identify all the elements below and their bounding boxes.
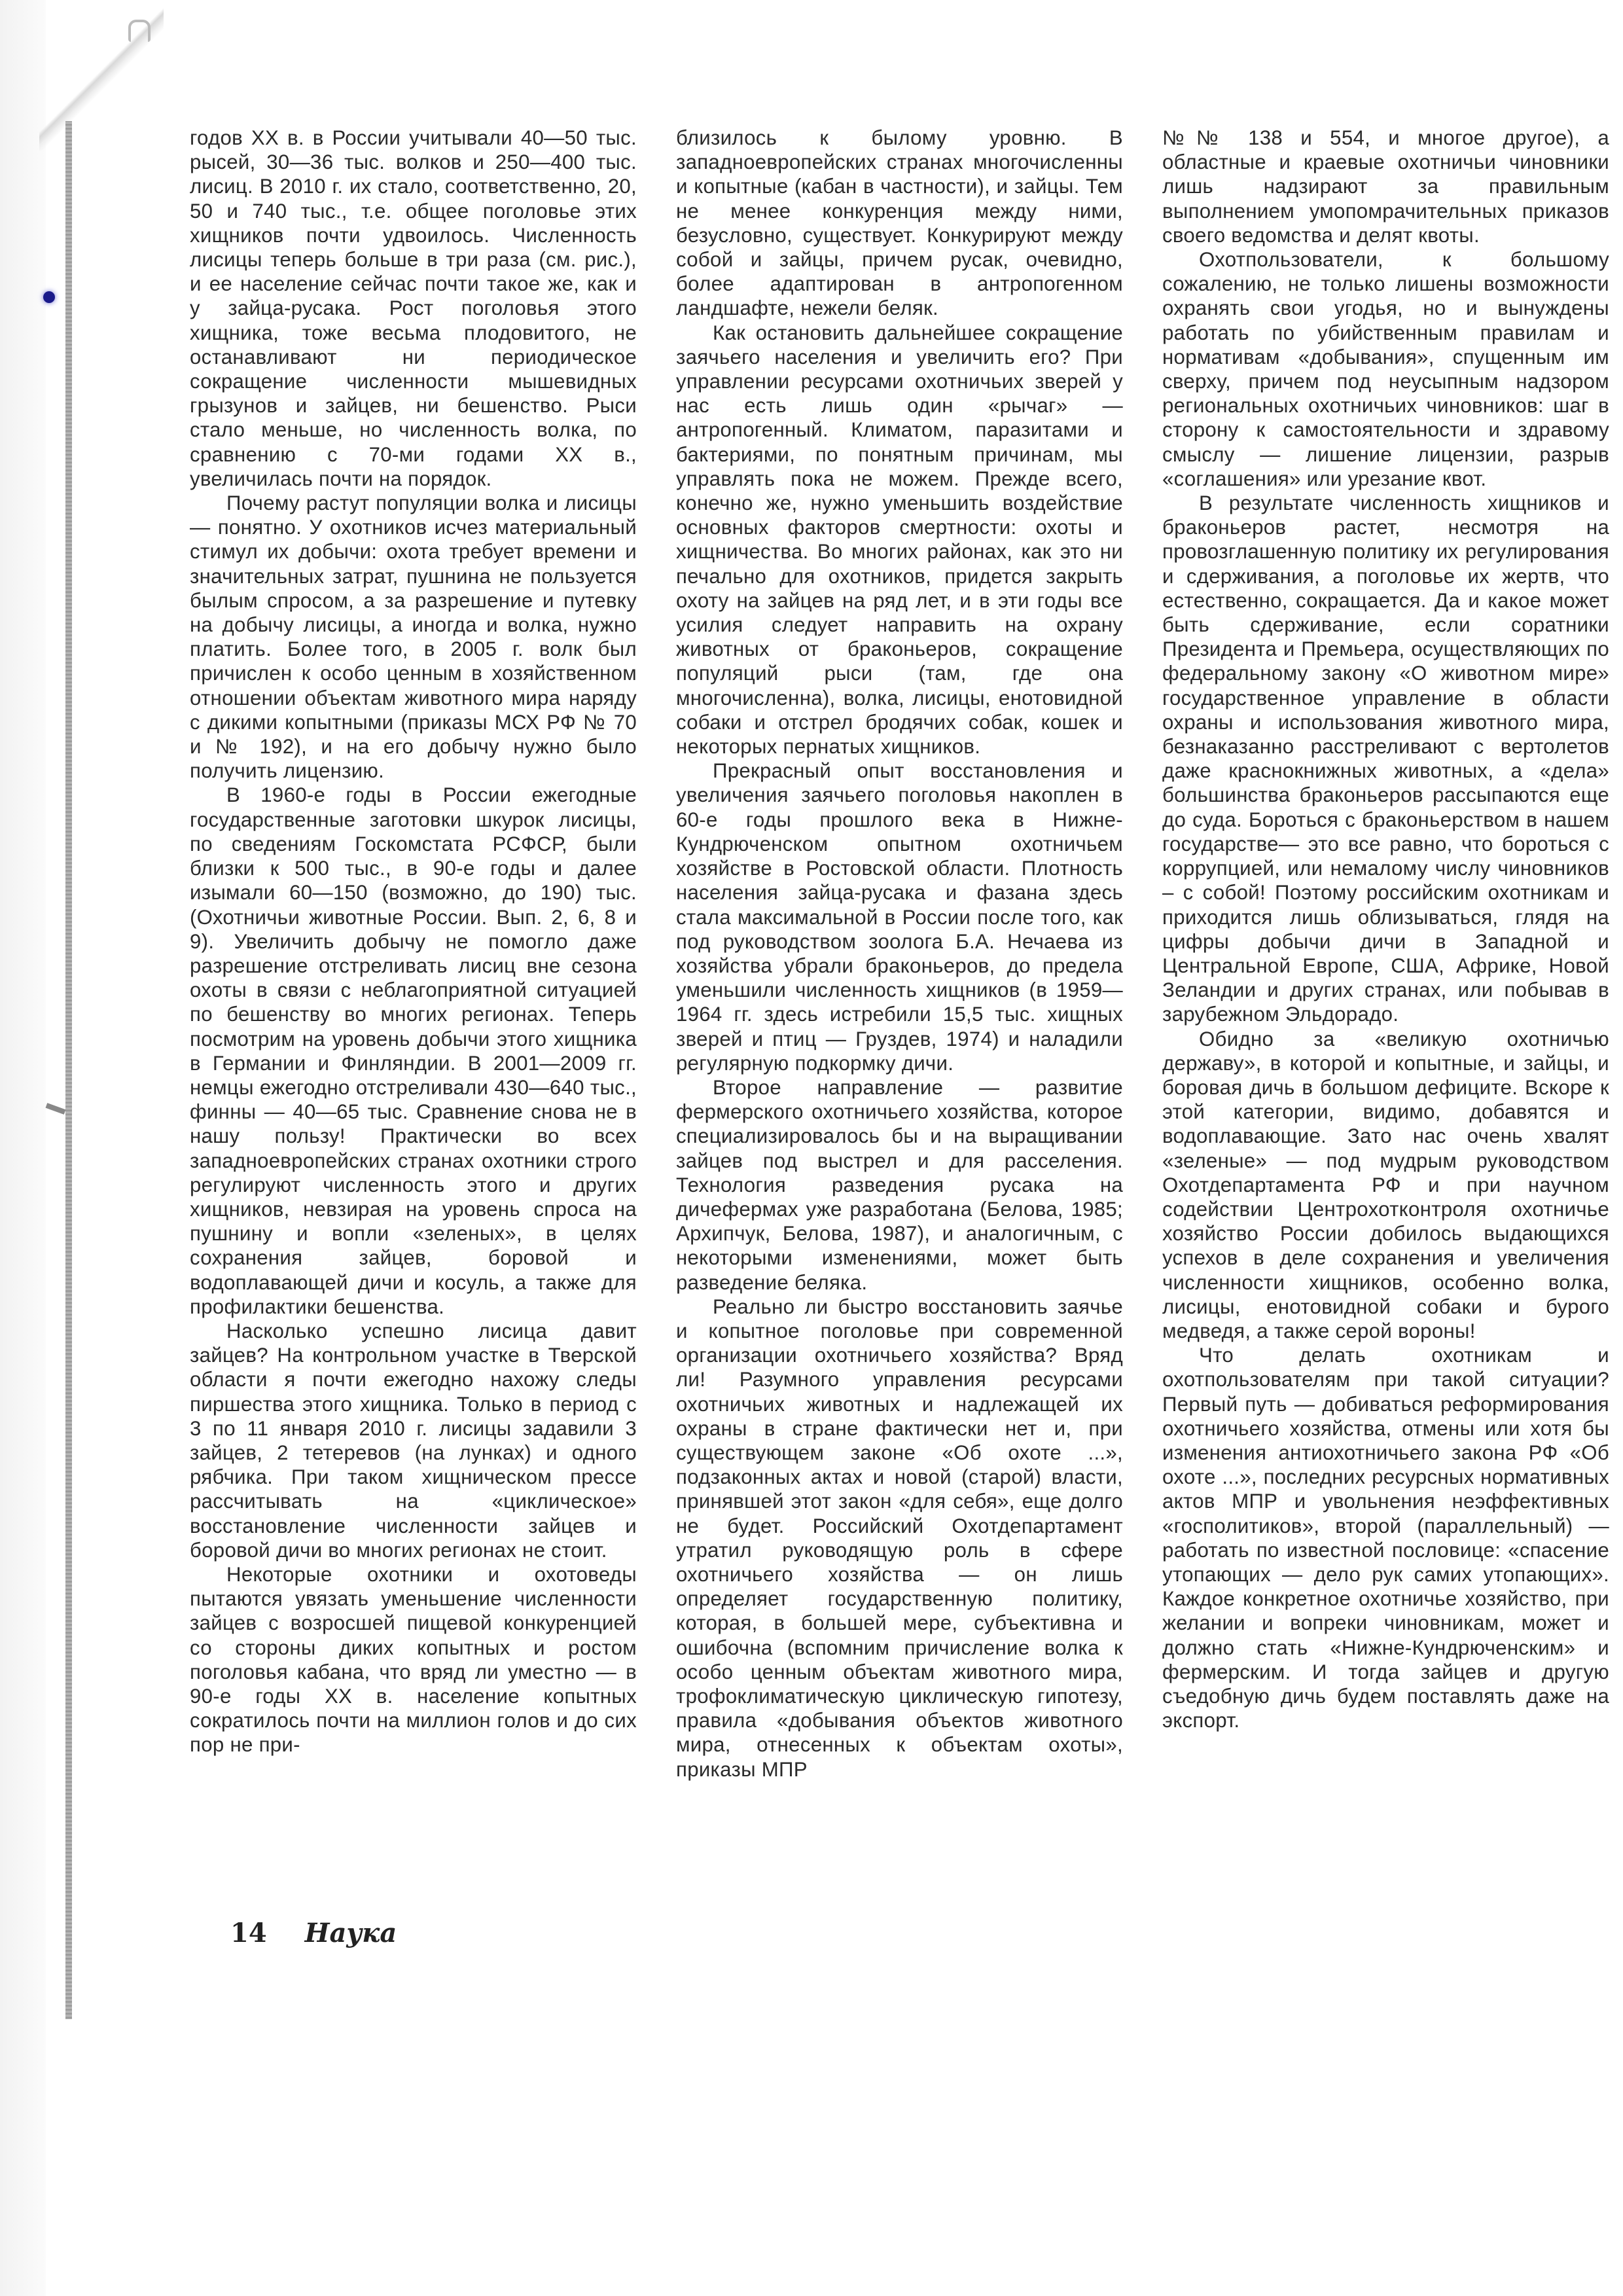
paragraph: Прекрасный опыт восстановления и увеличе… bbox=[676, 759, 1123, 1075]
article-body: годов XX в. в России учитывали 40—50 тыс… bbox=[190, 126, 1610, 1782]
column-1: годов XX в. в России учитывали 40—50 тыс… bbox=[190, 126, 637, 1782]
page-number: 14 bbox=[230, 1918, 267, 1948]
paragraph: Реально ли быстро восстановить заячье и … bbox=[676, 1295, 1123, 1782]
paragraph: Охотпользователи, к большому сожалению, … bbox=[1162, 247, 1609, 491]
paragraph: Второе направление — развитие фермерског… bbox=[676, 1075, 1123, 1295]
paragraph: Как остановить дальнейшее сокращение зая… bbox=[676, 321, 1123, 759]
paragraph: №№ 138 и 554, и многое другое), а област… bbox=[1162, 126, 1609, 247]
paragraph: годов XX в. в России учитывали 40—50 тыс… bbox=[190, 126, 637, 491]
pen-mark bbox=[46, 1103, 66, 1115]
column-3: №№ 138 и 554, и многое другое), а област… bbox=[1162, 126, 1609, 1782]
page-folio: 14 Наука bbox=[230, 1918, 397, 1948]
paragraph: В 1960-е годы в России ежегодные государ… bbox=[190, 783, 637, 1318]
paragraph: Что делать охотникам и охотпользователям… bbox=[1162, 1343, 1609, 1732]
paragraph: Насколько успешно лисица давит зайцев? Н… bbox=[190, 1319, 637, 1562]
ink-spot bbox=[43, 291, 55, 303]
paragraph: близилось к былому уровню. В западноевро… bbox=[676, 126, 1123, 321]
paragraph: Некоторые охотники и охотоведы пытаются … bbox=[190, 1562, 637, 1757]
section-title: Наука bbox=[305, 1918, 397, 1948]
binding-strip bbox=[65, 121, 72, 2019]
staple-mark bbox=[128, 20, 151, 42]
paragraph: Обидно за «великую охотничью державу», в… bbox=[1162, 1027, 1609, 1344]
scan-edge bbox=[0, 0, 46, 2296]
paragraph: В результате численность хищников и брак… bbox=[1162, 491, 1609, 1026]
column-2: близилось к былому уровню. В западноевро… bbox=[676, 126, 1123, 1782]
paragraph: Почему растут популяции волка и лисицы —… bbox=[190, 491, 637, 783]
